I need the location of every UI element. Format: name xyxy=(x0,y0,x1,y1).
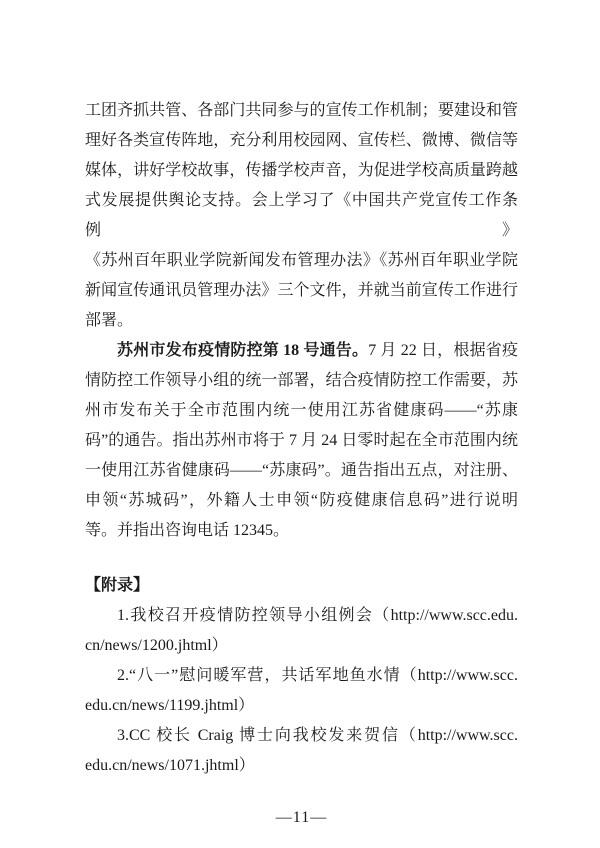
body-line: 工团齐抓共管、各部门共同参与的宣传工作机制；要建设和管 xyxy=(85,96,518,126)
document-body: 工团齐抓共管、各部门共同参与的宣传工作机制；要建设和管 理好各类宣传阵地，充分利… xyxy=(85,96,518,833)
body-line: 申领“苏城码”，外籍人士申领“防疫健康信息码”进行说明 xyxy=(85,486,518,516)
paragraph-propaganda-work: 工团齐抓共管、各部门共同参与的宣传工作机制；要建设和管 理好各类宣传阵地，充分利… xyxy=(85,96,518,336)
paragraph-lead-rest: 7 月 22 日，根据省疫 xyxy=(368,342,518,359)
appendix-section: 【附录】 1.我校召开疫情防控领导小组例会（http://www.scc.edu… xyxy=(85,571,518,781)
appendix-item: 1.我校召开疫情防控领导小组例会（http://www.scc.edu. cn/… xyxy=(85,601,518,661)
appendix-item: 2.“八一”慰问暖军营，共话军地鱼水情（http://www.scc. edu.… xyxy=(85,661,518,721)
body-line: 州市发布关于全市范围内统一使用江苏省健康码——“苏康 xyxy=(85,396,518,426)
body-line: 等。并指出咨询电话 12345。 xyxy=(85,516,518,546)
body-line: 新闻宣传通讯员管理办法》三个文件，并就当前宣传工作进行 xyxy=(85,276,518,306)
appendix-item-url-line: cn/news/1200.jhtml） xyxy=(85,631,518,661)
body-line: 媒体，讲好学校故事，传播学校声音，为促进学校高质量跨越 xyxy=(85,156,518,186)
appendix-item: 3.CC 校长 Craig 博士向我校发来贺信（http://www.scc. … xyxy=(85,721,518,781)
appendix-item-url-line: edu.cn/news/1199.jhtml） xyxy=(85,691,518,721)
body-line: 情防控工作领导小组的统一部署，结合疫情防控工作需要，苏 xyxy=(85,366,518,396)
body-line: 理好各类宣传阵地，充分利用校园网、宣传栏、微博、微信等 xyxy=(85,126,518,156)
body-line: 《苏州百年职业学院新闻发布管理办法》《苏州百年职业学院 xyxy=(85,246,518,276)
appendix-title: 【附录】 xyxy=(85,571,518,601)
body-line: 部署。 xyxy=(85,306,518,336)
document-page: 工团齐抓共管、各部门共同参与的宣传工作机制；要建设和管 理好各类宣传阵地，充分利… xyxy=(0,0,600,848)
body-line: 式发展提供舆论支持。会上学习了《中国共产党宣传工作条例》 xyxy=(85,186,518,246)
paragraph-lead-bold: 苏州市发布疫情防控第 18 号通告。 xyxy=(117,342,368,359)
appendix-item-line: 2.“八一”慰问暖军营，共话军地鱼水情（http://www.scc. xyxy=(85,661,518,691)
appendix-item-line: 1.我校召开疫情防控领导小组例会（http://www.scc.edu. xyxy=(85,601,518,631)
body-line: 码”的通告。指出苏州市将于 7 月 24 日零时起在全市范围内统 xyxy=(85,426,518,456)
page-number: —11— xyxy=(85,803,518,833)
body-line: 苏州市发布疫情防控第 18 号通告。7 月 22 日，根据省疫 xyxy=(85,336,518,366)
body-line: 一使用江苏省健康码——“苏康码”。通告指出五点，对注册、 xyxy=(85,456,518,486)
paragraph-epidemic-notice: 苏州市发布疫情防控第 18 号通告。7 月 22 日，根据省疫 情防控工作领导小… xyxy=(85,336,518,546)
appendix-item-url-line: edu.cn/news/1071.jhtml） xyxy=(85,751,518,781)
appendix-item-line: 3.CC 校长 Craig 博士向我校发来贺信（http://www.scc. xyxy=(85,721,518,751)
